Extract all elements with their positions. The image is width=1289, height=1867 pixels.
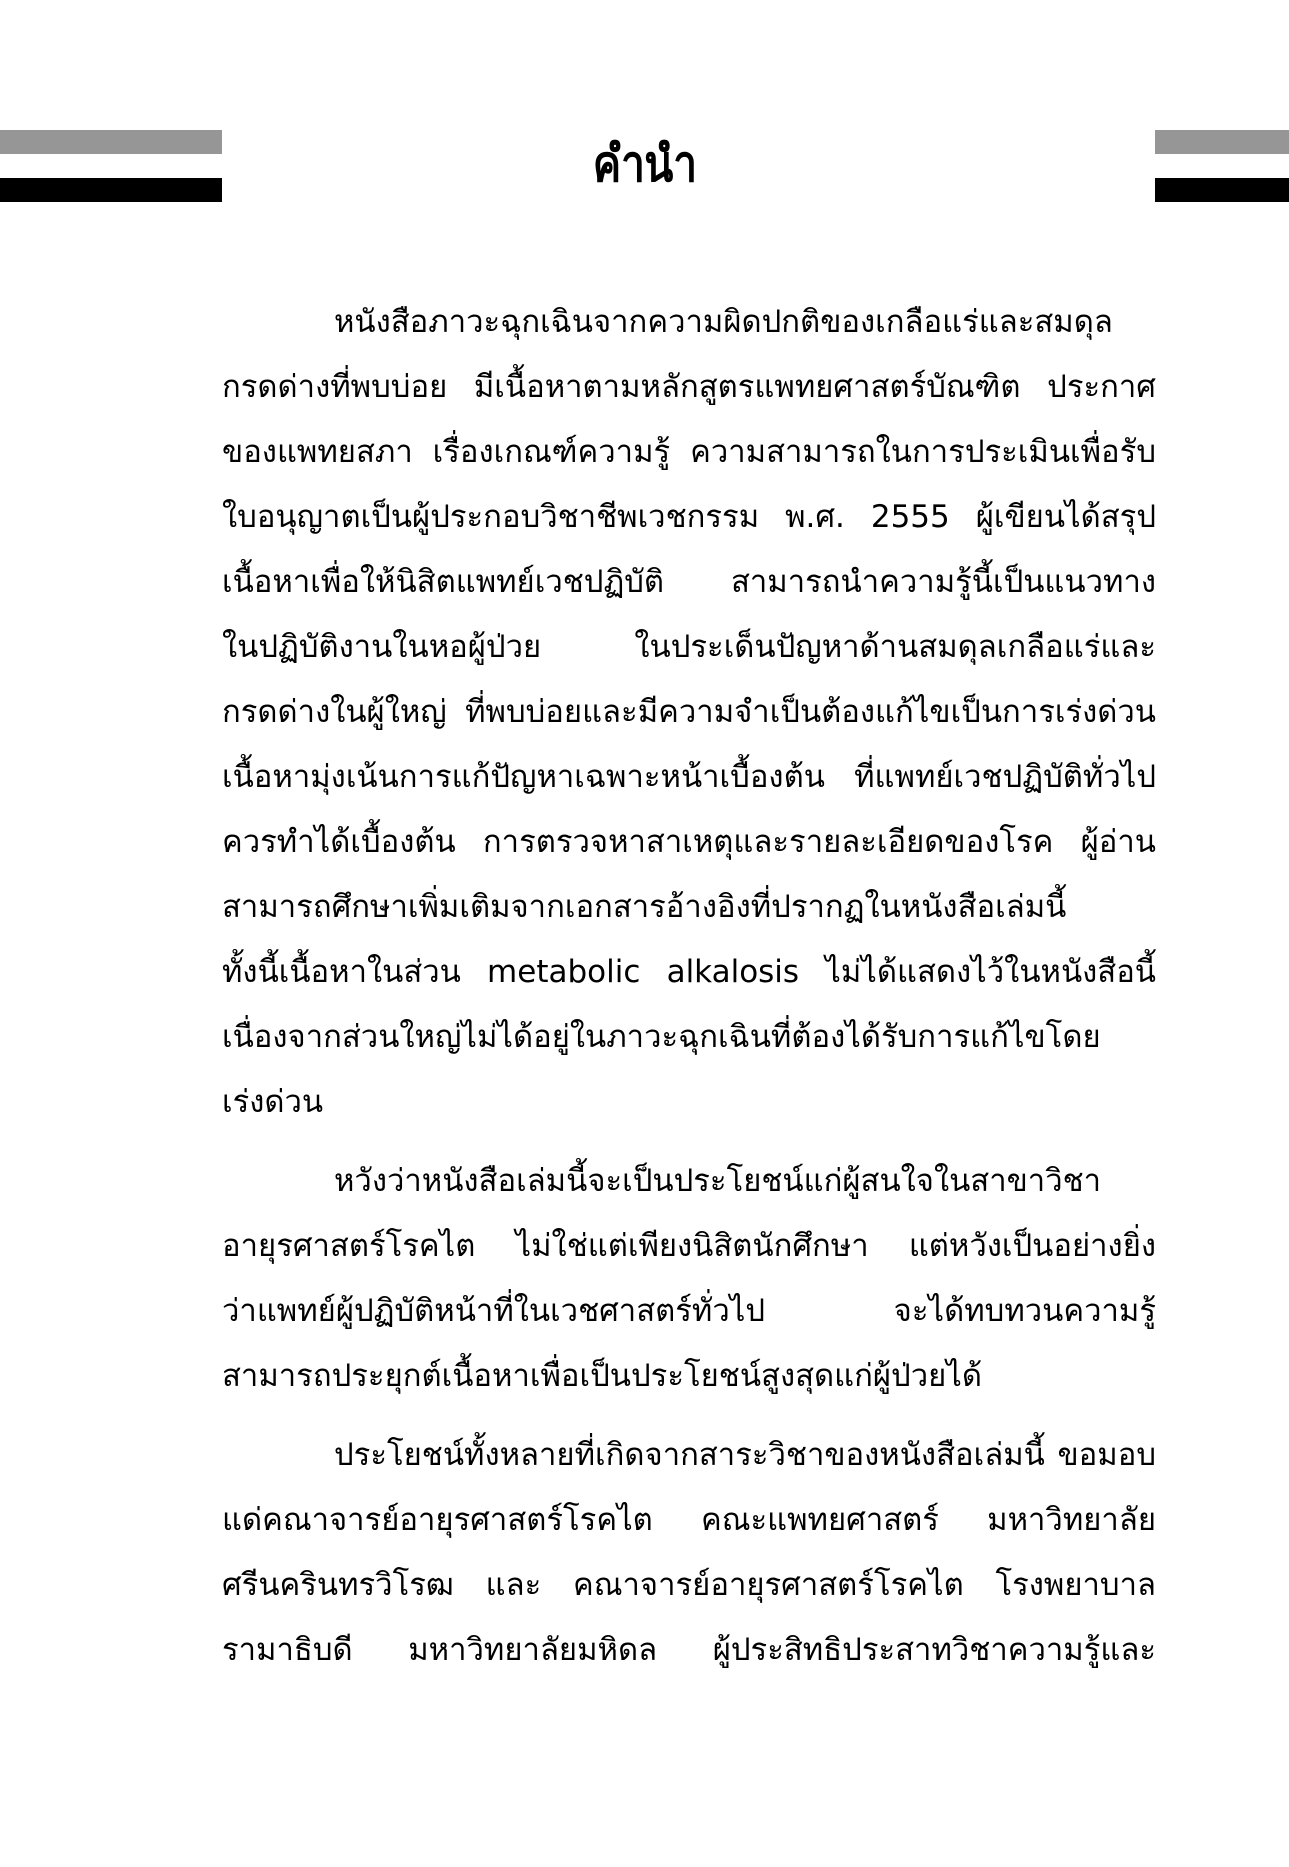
text-line: ว่าแพทย์ผู้ปฏิบัติหน้าที่ในเวชศาสตร์ทั่ว… [222, 1279, 1156, 1344]
paragraph-spacer [222, 1135, 1156, 1149]
text-line: ศรีนครินทรวิโรฒ และ คณาจารย์อายุรศาสตร์โ… [222, 1553, 1156, 1618]
text-line: กรดด่างที่พบบ่อย มีเนื้อหาตามหลักสูตรแพท… [222, 355, 1156, 420]
text-line: เนื่องจากส่วนใหญ่ไม่ได้อยู่ในภาวะฉุกเฉิน… [222, 1005, 1156, 1070]
text-line: แด่คณาจารย์อายุรศาสตร์โรคไต คณะแพทยศาสตร… [222, 1488, 1156, 1553]
text-line: หนังสือภาวะฉุกเฉินจากความผิดปกติของเกลือ… [222, 290, 1156, 355]
text-line: สามารถศึกษาเพิ่มเติมจากเอกสารอ้างอิงที่ป… [222, 875, 1156, 940]
text-line: ใบอนุญาตเป็นผู้ประกอบวิชาชีพเวชกรรม พ.ศ.… [222, 485, 1156, 550]
text-line: เนื้อหามุ่งเน้นการแก้ปัญหาเฉพาะหน้าเบื้อ… [222, 745, 1156, 810]
paragraph-2: หวังว่าหนังสือเล่มนี้จะเป็นประโยชน์แก่ผู… [222, 1149, 1156, 1409]
text-line: อายุรศาสตร์โรคไต ไม่ใช่แต่เพียงนิสิตนักศ… [222, 1214, 1156, 1279]
text-line: ประโยชน์ทั้งหลายที่เกิดจากสาระวิชาของหนั… [222, 1423, 1156, 1488]
paragraph-spacer [222, 1409, 1156, 1423]
text-line: กรดด่างในผู้ใหญ่ ที่พบบ่อยและมีความจำเป็… [222, 680, 1156, 745]
page-title: คำนำ [97, 128, 1193, 200]
text-line: เนื้อหาเพื่อให้นิสิตแพทย์เวชปฏิบัติ สามา… [222, 550, 1156, 615]
text-line: ในปฏิบัติงานในหอผู้ป่วย ในประเด็นปัญหาด้… [222, 615, 1156, 680]
text-line: รามาธิบดี มหาวิทยาลัยมหิดล ผู้ประสิทธิปร… [222, 1618, 1156, 1683]
text-line: หวังว่าหนังสือเล่มนี้จะเป็นประโยชน์แก่ผู… [222, 1149, 1156, 1214]
text-line: ควรทำได้เบื้องต้น การตรวจหาสาเหตุและรายล… [222, 810, 1156, 875]
text-line: ของแพทยสภา เรื่องเกณฑ์ความรู้ ความสามารถ… [222, 420, 1156, 485]
paragraph-1: หนังสือภาวะฉุกเฉินจากความผิดปกติของเกลือ… [222, 290, 1156, 1135]
text-line: เร่งด่วน [222, 1070, 1156, 1135]
preface-body: หนังสือภาวะฉุกเฉินจากความผิดปกติของเกลือ… [222, 290, 1156, 1683]
text-line: สามารถประยุกต์เนื้อหาเพื่อเป็นประโยชน์สู… [222, 1344, 1156, 1409]
text-line: ทั้งนี้เนื้อหาในส่วน metabolic alkalosis… [222, 940, 1156, 1005]
paragraph-3: ประโยชน์ทั้งหลายที่เกิดจากสาระวิชาของหนั… [222, 1423, 1156, 1683]
